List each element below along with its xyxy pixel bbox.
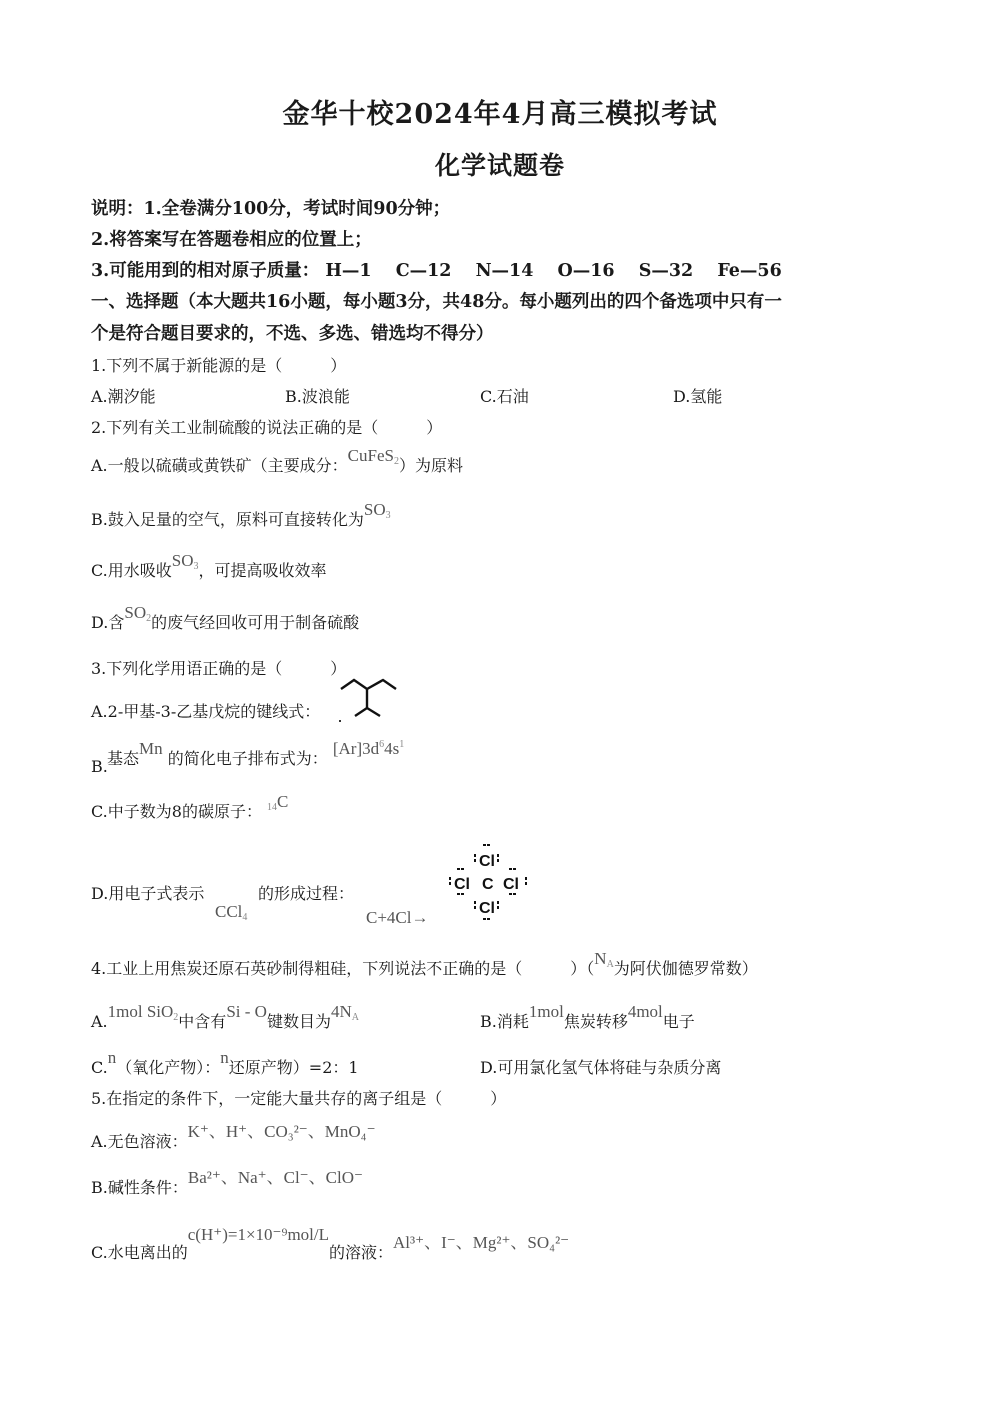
q4-b-f1: 1mol xyxy=(529,1002,564,1021)
q3-stem: 3.下列化学用语正确的是（ ） xyxy=(91,656,346,679)
svg-text:Cl: Cl xyxy=(479,900,495,917)
q3-option-d-post: 的形成过程： xyxy=(258,881,354,904)
instruction-2: 2.将答案写在答题卷相应的位置上； xyxy=(91,226,372,251)
q5-option-b: B.碱性条件：Ba²⁺、Na⁺、Cl⁻、ClO⁻ xyxy=(91,1173,363,1198)
q3-d-formula: CCl4 xyxy=(215,902,247,923)
q1-option-a: A.潮汐能 xyxy=(91,384,156,407)
q2-c-formula: SO3 xyxy=(172,551,199,570)
svg-text:Cl: Cl xyxy=(503,876,519,893)
q5-b-ions: Ba²⁺、Na⁺、Cl⁻、ClO⁻ xyxy=(188,1168,363,1187)
q1-option-d: D.氢能 xyxy=(673,384,722,407)
q2-option-c: C.用水吸收SO3，可提高吸收效率 xyxy=(91,558,327,582)
q1-stem: 1.下列不属于新能源的是（ ） xyxy=(91,353,346,376)
lewis-structure-icon: Cl Cl C Cl Cl xyxy=(446,840,532,924)
q3-c-text: C.中子数为8的碳原子： xyxy=(91,802,262,821)
q4-stem-text: 4.工业上用焦炭还原石英砂制得粗硅，下列说法不正确的是（ ）（ xyxy=(91,959,594,978)
q2-c-post: ，可提高吸收效率 xyxy=(199,561,327,580)
q2-c-text: C.用水吸收 xyxy=(91,561,172,580)
q5-option-c: C.水电离出的c(H⁺)=1×10⁻⁹mol/L的溶液：Al³⁺、I⁻、Mg²⁺… xyxy=(91,1238,569,1263)
q2-d-formula: SO2 xyxy=(124,603,151,622)
q3-b-post: 的简化电子排布式为： xyxy=(168,749,328,768)
atomic-mass-h: H—1 xyxy=(325,261,371,281)
q4-a-f2: Si - O xyxy=(226,1002,267,1021)
q2-a-text: A.一般以硫磺或黄铁矿（主要成分： xyxy=(91,456,348,475)
q2-option-b: B.鼓入足量的空气，原料可直接转化为SO3 xyxy=(91,507,391,531)
q4-a-f3: 4NA xyxy=(331,1002,359,1021)
q2-a-post: ）为原料 xyxy=(399,456,463,475)
q4-b-f2: 4mol xyxy=(628,1002,663,1021)
q3-b-text: 基态 xyxy=(107,749,139,768)
svg-text:Cl: Cl xyxy=(479,853,495,870)
exam-subtitle: 化学试题卷 xyxy=(0,146,1000,182)
q1-option-c: C.石油 xyxy=(480,384,529,407)
q3-option-d-text: D.用电子式表示 xyxy=(91,881,204,904)
q3-d-reaction: C+4Cl→ xyxy=(366,908,429,928)
q2-d-post: 的废气经回收可用于制备硫酸 xyxy=(151,613,359,632)
q4-a-f1: 1mol SiO2 xyxy=(108,1002,179,1021)
atomic-mass-c: C—12 xyxy=(396,261,452,281)
q4-option-d: D.可用氯化氢气体将硅与杂质分离 xyxy=(480,1055,721,1078)
q1-option-b: B.波浪能 xyxy=(285,384,350,407)
q2-option-a: A.一般以硫磺或黄铁矿（主要成分：CuFeS2）为原料 xyxy=(91,453,463,477)
q3-option-a: A.2-甲基-3-乙基戊烷的键线式： xyxy=(91,699,320,722)
atomic-mass-fe: Fe—56 xyxy=(717,261,781,281)
q5-a-ions: K⁺、H⁺、CO₃²⁻、MnO₄⁻ xyxy=(188,1122,376,1141)
atomic-mass-s: S—32 xyxy=(639,261,694,281)
q3-b-mn: Mn xyxy=(139,739,163,758)
q4-c-f1: n xyxy=(108,1048,117,1067)
q5-stem: 5.在指定的条件下，一定能大量共存的离子组是（ ） xyxy=(91,1086,506,1109)
q3-c-isotope: 14C xyxy=(267,792,288,811)
q3-option-b: 基态Mn 的简化电子排布式为： [Ar]3d64s1 xyxy=(107,746,404,769)
exam-title: 金华十校2024年4月高三模拟考试 xyxy=(0,92,1000,131)
q3-b-config: [Ar]3d64s1 xyxy=(333,739,404,758)
instruction-3-prefix: 3.可能用到的相对原子质量： xyxy=(91,261,319,281)
q2-d-text: D.含 xyxy=(91,613,124,632)
instruction-3: 3.可能用到的相对原子质量： H—1 C—12 N—14 O—16 S—32 F… xyxy=(91,257,782,282)
atomic-mass-n: N—14 xyxy=(476,261,534,281)
q4-option-c: C.n（氧化产物）：n还原产物）=2：1 xyxy=(91,1055,359,1078)
q5-option-a: A.无色溶液：K⁺、H⁺、CO₃²⁻、MnO₄⁻ xyxy=(91,1127,376,1152)
skeletal-formula-image xyxy=(338,676,408,724)
q4-na: NA xyxy=(594,949,614,968)
q5-c-ions: Al³⁺、I⁻、Mg²⁺、SO₄²⁻ xyxy=(393,1233,569,1252)
q2-option-d: D.含SO2的废气经回收可用于制备硫酸 xyxy=(91,610,359,634)
q4-stem-post: 为阿伏伽德罗常数） xyxy=(614,959,758,978)
q4-option-a: A.1mol SiO2中含有Si - O键数目为4NA xyxy=(91,1009,359,1033)
q2-stem: 2.下列有关工业制硫酸的说法正确的是（ ） xyxy=(91,415,442,438)
q2-a-formula: CuFeS2 xyxy=(348,446,399,465)
q4-stem: 4.工业上用焦炭还原石英砂制得粗硅，下列说法不正确的是（ ）（NA为阿伏伽德罗常… xyxy=(91,956,758,980)
lewis-structure-ccl4: Cl Cl C Cl Cl xyxy=(446,840,532,924)
q3-option-b-label: B. xyxy=(91,757,108,776)
section-heading-line1: 一、选择题（本大题共16小题，每小题3分，共48分。每小题列出的四个备选项中只有… xyxy=(91,288,782,313)
q2-b-formula: SO3 xyxy=(364,500,391,519)
q5-c-condition: c(H⁺)=1×10⁻⁹mol/L xyxy=(188,1225,329,1244)
svg-text:C: C xyxy=(482,876,494,893)
q3-option-c: C.中子数为8的碳原子： 14C xyxy=(91,799,288,823)
q4-c-f2: n xyxy=(220,1048,229,1067)
section-heading-line2: 个是符合题目要求的，不选、多选、错选均不得分） xyxy=(91,320,494,345)
skeletal-formula-icon xyxy=(338,676,408,724)
q2-b-text: B.鼓入足量的空气，原料可直接转化为 xyxy=(91,510,364,529)
instruction-1: 说明：1.全卷满分100分，考试时间90分钟； xyxy=(91,195,450,220)
atomic-mass-o: O—16 xyxy=(558,261,615,281)
svg-text:Cl: Cl xyxy=(454,876,470,893)
q4-option-b: B.消耗1mol焦炭转移4mol电子 xyxy=(480,1009,695,1032)
